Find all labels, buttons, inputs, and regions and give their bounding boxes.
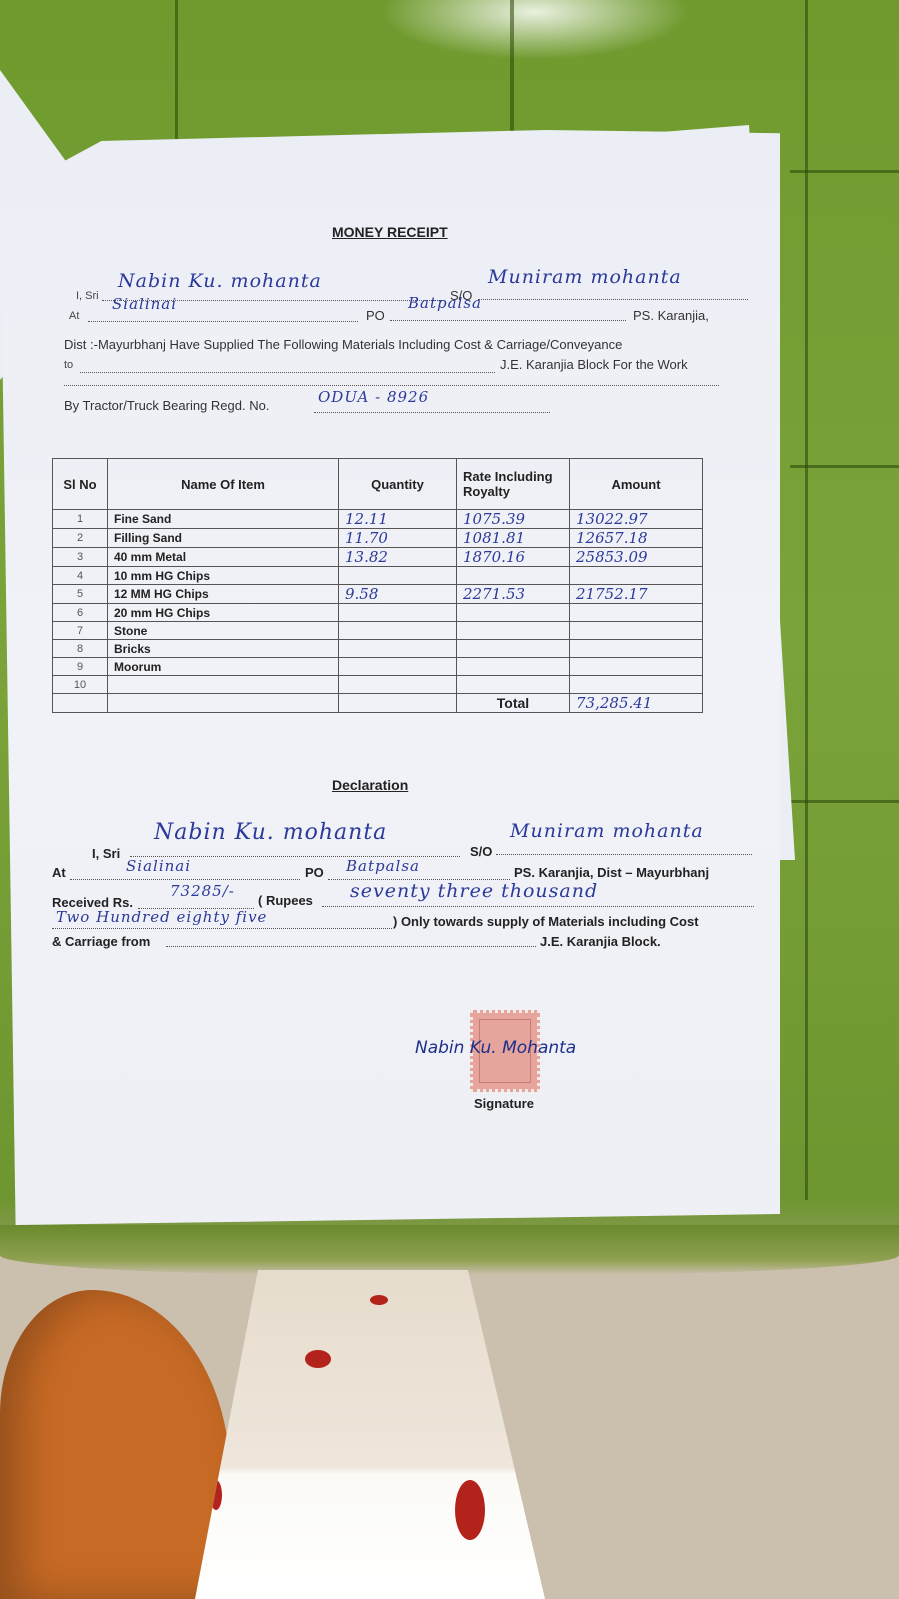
col-item-name: Name Of Item: [108, 459, 339, 510]
at-value: Sialinai: [112, 295, 177, 313]
decl-ps-text: PS. Karanjia, Dist – Mayurbhanj: [514, 865, 709, 880]
rupees-words-2: Two Hundred eighty five: [56, 908, 267, 926]
only-text: ) Only towards supply of Materials inclu…: [393, 914, 699, 929]
row-item-name: 10 mm HG Chips: [108, 567, 339, 585]
table-header-row: Sl No Name Of Item Quantity Rate Includi…: [53, 459, 703, 510]
at-label: At: [69, 310, 79, 322]
row-quantity[interactable]: [339, 658, 457, 676]
row-item-name: Bricks: [108, 640, 339, 658]
row-sl-no: 8: [53, 640, 108, 658]
so-value: Muniram mohanta: [488, 266, 682, 288]
row-amount[interactable]: [570, 658, 703, 676]
row-sl-no: 2: [53, 529, 108, 548]
decl-sri-value: Nabin Ku. mohanta: [154, 820, 387, 845]
decl-at-label: At: [52, 865, 66, 880]
row-item-name: 12 MM HG Chips: [108, 585, 339, 604]
row-quantity[interactable]: [339, 676, 457, 694]
table-row: 2Filling Sand11.701081.8112657.18: [53, 529, 703, 548]
row-item-name: 20 mm HG Chips: [108, 604, 339, 622]
row-amount[interactable]: [570, 640, 703, 658]
row-rate[interactable]: 1081.81: [457, 529, 570, 548]
row-amount[interactable]: [570, 622, 703, 640]
table-row: 1Fine Sand12.111075.3913022.97: [53, 510, 703, 529]
row-amount[interactable]: [570, 567, 703, 585]
row-item-name: 40 mm Metal: [108, 548, 339, 567]
row-item-name: Stone: [108, 622, 339, 640]
received-value: 73285/-: [170, 882, 235, 900]
rupees-label: ( Rupees: [258, 893, 313, 908]
row-quantity[interactable]: [339, 567, 457, 585]
row-sl-no: 3: [53, 548, 108, 567]
decl-po-label: PO: [305, 865, 324, 880]
row-rate[interactable]: [457, 622, 570, 640]
row-sl-no: 10: [53, 676, 108, 694]
tile-seam: [510, 0, 514, 140]
row-sl-no: 5: [53, 585, 108, 604]
table-row: 620 mm HG Chips: [53, 604, 703, 622]
decl-at-value: Sialinai: [126, 857, 191, 875]
received-field[interactable]: 73285/-: [138, 882, 254, 909]
rupees-words-field-1[interactable]: seventy three thousand: [322, 880, 754, 907]
row-rate[interactable]: [457, 567, 570, 585]
decl-so-field[interactable]: Muniram mohanta: [496, 820, 752, 855]
table-row: 512 MM HG Chips9.582271.5321752.17: [53, 585, 703, 604]
table-row: 340 mm Metal13.821870.1625853.09: [53, 548, 703, 567]
row-rate[interactable]: 1075.39: [457, 510, 570, 529]
row-amount[interactable]: 12657.18: [570, 529, 703, 548]
carriage-suffix: J.E. Karanjia Block.: [540, 934, 661, 949]
row-sl-no: 4: [53, 567, 108, 585]
table-row: 410 mm HG Chips: [53, 567, 703, 585]
flower-print: [305, 1350, 331, 1368]
to-field[interactable]: [80, 360, 495, 373]
row-quantity[interactable]: [339, 640, 457, 658]
row-rate[interactable]: 2271.53: [457, 585, 570, 604]
row-rate[interactable]: [457, 658, 570, 676]
table-row: 7Stone: [53, 622, 703, 640]
dist-line: Dist :-Mayurbhanj Have Supplied The Foll…: [64, 337, 622, 352]
po-value: Batpalsa: [408, 294, 482, 312]
materials-table: Sl No Name Of Item Quantity Rate Includi…: [52, 458, 703, 713]
row-item-name: [108, 676, 339, 694]
decl-po-value: Batpalsa: [346, 857, 420, 875]
row-quantity[interactable]: 12.11: [339, 510, 457, 529]
tile-seam: [805, 0, 808, 1200]
signature-label: Signature: [474, 1096, 534, 1111]
row-rate[interactable]: [457, 676, 570, 694]
vehicle-field[interactable]: ODUA - 8926: [314, 388, 550, 413]
decl-at-field[interactable]: Sialinai: [70, 857, 300, 880]
tile-seam: [790, 465, 899, 468]
col-quantity: Quantity: [339, 459, 457, 510]
row-quantity[interactable]: 13.82: [339, 548, 457, 567]
row-item-name: Fine Sand: [108, 510, 339, 529]
ps-text: PS. Karanjia,: [633, 308, 709, 323]
row-amount[interactable]: 25853.09: [570, 548, 703, 567]
decl-po-field[interactable]: Batpalsa: [328, 857, 510, 880]
tile-seam: [790, 170, 899, 173]
to-suffix: J.E. Karanjia Block For the Work: [500, 357, 688, 372]
row-sl-no: 1: [53, 510, 108, 529]
money-receipt: MONEY RECEIPT I, Sri Nabin Ku. mohanta S…: [0, 130, 780, 1225]
row-sl-no: 9: [53, 658, 108, 676]
table-row: 8Bricks: [53, 640, 703, 658]
rupees-words-1: seventy three thousand: [350, 880, 598, 902]
rupees-words-field-2[interactable]: Two Hundred eighty five: [52, 908, 392, 929]
vehicle-value: ODUA - 8926: [318, 388, 429, 406]
row-sl-no: 7: [53, 622, 108, 640]
decl-so-value: Muniram mohanta: [510, 820, 704, 842]
row-quantity[interactable]: 9.58: [339, 585, 457, 604]
carriage-field[interactable]: [166, 934, 536, 947]
table-row: 10: [53, 676, 703, 694]
to-label: to: [64, 359, 73, 371]
table-edge: [0, 1225, 899, 1275]
flower-print: [455, 1480, 485, 1540]
declaration-title: Declaration: [332, 777, 408, 793]
receipt-title: MONEY RECEIPT: [332, 224, 448, 240]
row-rate[interactable]: 1870.16: [457, 548, 570, 567]
row-item-name: Filling Sand: [108, 529, 339, 548]
po-field[interactable]: Batpalsa: [390, 294, 626, 321]
total-label: Total: [457, 694, 570, 713]
po-label: PO: [366, 308, 385, 323]
row-amount[interactable]: 13022.97: [570, 510, 703, 529]
row-quantity[interactable]: [339, 604, 457, 622]
light-glare: [380, 0, 690, 60]
decl-sri-field[interactable]: Nabin Ku. mohanta: [130, 820, 460, 857]
col-sl-no: Sl No: [53, 459, 108, 510]
vehicle-label: By Tractor/Truck Bearing Regd. No.: [64, 398, 269, 413]
row-amount[interactable]: 21752.17: [570, 585, 703, 604]
col-amount: Amount: [570, 459, 703, 510]
row-sl-no: 6: [53, 604, 108, 622]
flower-print: [370, 1295, 388, 1305]
total-row: Total 73,285.41: [53, 694, 703, 713]
tile-seam: [790, 800, 899, 803]
row-item-name: Moorum: [108, 658, 339, 676]
row-amount[interactable]: [570, 604, 703, 622]
at-field[interactable]: Sialinai: [88, 295, 358, 322]
signature-handwritten: Nabin Ku. Mohanta: [415, 1038, 576, 1058]
col-rate: Rate Including Royalty: [457, 459, 570, 510]
table-row: 9Moorum: [53, 658, 703, 676]
row-rate[interactable]: [457, 640, 570, 658]
total-amount: 73,285.41: [570, 694, 703, 713]
carriage-label: & Carriage from: [52, 934, 150, 949]
sri-value: Nabin Ku. mohanta: [118, 270, 322, 292]
row-quantity[interactable]: 11.70: [339, 529, 457, 548]
work-field[interactable]: [64, 375, 719, 386]
row-amount[interactable]: [570, 676, 703, 694]
row-rate[interactable]: [457, 604, 570, 622]
tile-seam: [175, 0, 178, 140]
row-quantity[interactable]: [339, 622, 457, 640]
